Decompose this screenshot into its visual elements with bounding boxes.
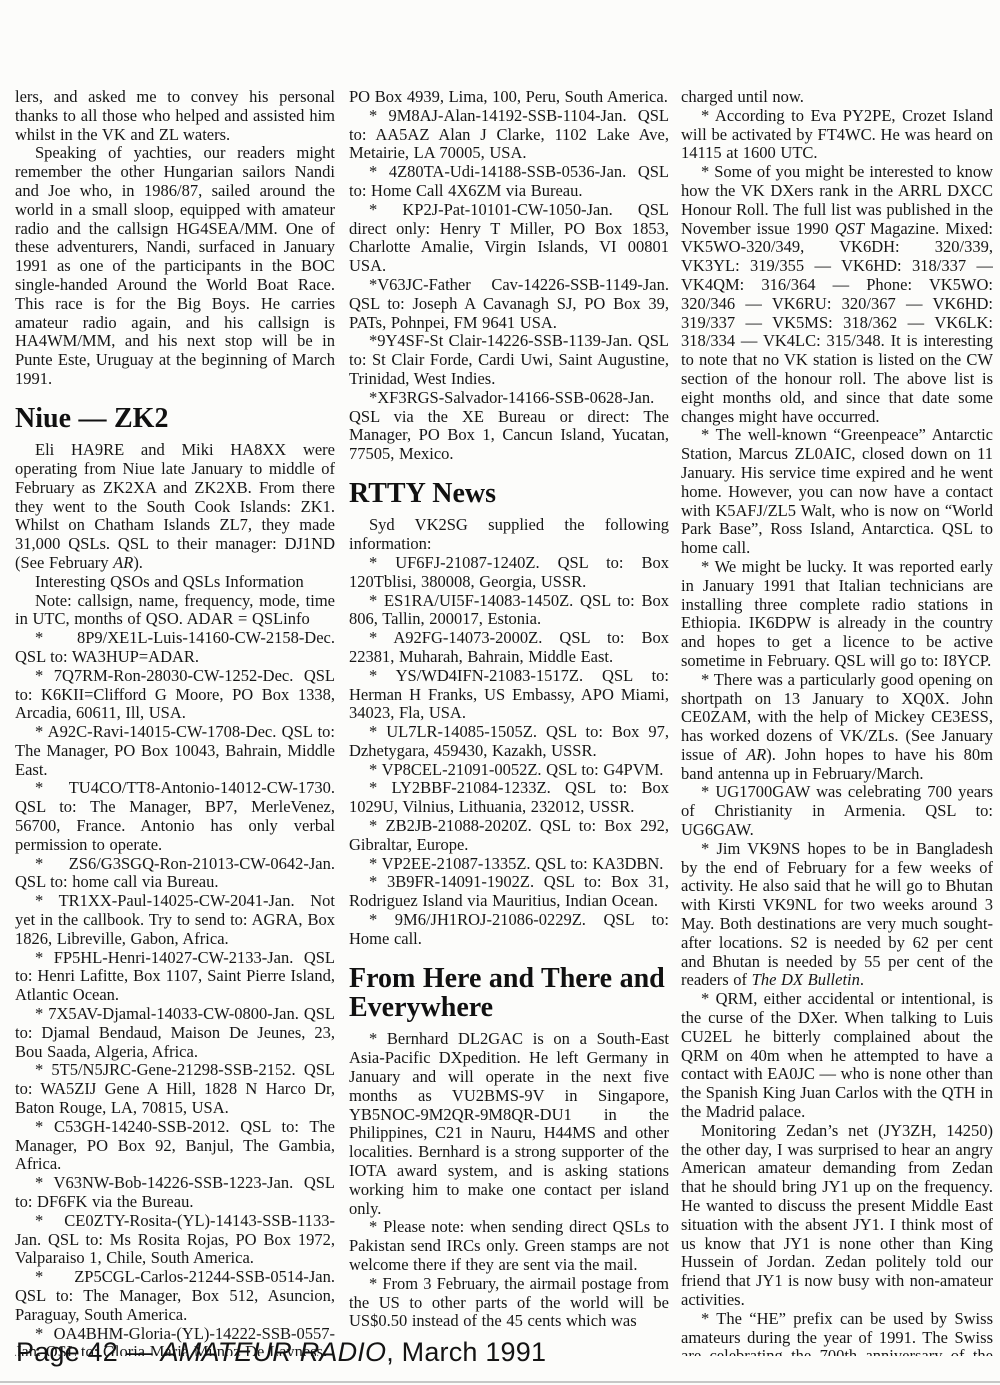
italic-text-run: AR xyxy=(746,745,766,764)
text-run: lers, and asked me to convey his persona… xyxy=(15,88,335,144)
text-run: Speaking of yachties, our readers might … xyxy=(15,143,335,388)
text-run: * Jim VK9NS hopes to be in Bangladesh by… xyxy=(681,839,993,990)
section-heading: From Here and There and Everywhere xyxy=(349,964,669,1023)
text-run: * QRM, either accidental or intentional,… xyxy=(681,989,993,1121)
text-run: * 8P9/XE1L-Luis-14160-CW-2158-Dec. QSL t… xyxy=(15,628,335,666)
page-footer: Page 42 — AMATEUR RADIO, March 1991 xyxy=(16,1337,546,1368)
text-run: * 5T5/N5JRC-Gene-21298-SSB-2152. QSL to:… xyxy=(15,1060,335,1117)
paragraph: Monitoring Zedan’s net (JY3ZH, 14250) th… xyxy=(681,1122,993,1310)
text-run: * We might be lucky. It was reported ear… xyxy=(681,557,993,670)
paragraph: * UL7LR-14085-1505Z. QSL to: Box 97, Dzh… xyxy=(349,723,669,761)
paragraph: * TR1XX-Paul-14025-CW-2041-Jan. Not yet … xyxy=(15,892,335,948)
paragraph: * UF6FJ-21087-1240Z. QSL to: Box 120Tbli… xyxy=(349,554,669,592)
paragraph: * A92C-Ravi-14015-CW-1708-Dec. QSL to: T… xyxy=(15,723,335,779)
text-run: * YS/WD4IFN-21083-1517Z. QSL to: Herman … xyxy=(349,666,669,723)
text-column-middle: PO Box 4939, Lima, 100, Peru, South Amer… xyxy=(349,88,669,1356)
text-run: * V63NW-Bob-14226-SSB-1223-Jan. QSL to: … xyxy=(15,1173,335,1211)
paragraph: * 8P9/XE1L-Luis-14160-CW-2158-Dec. QSL t… xyxy=(15,629,335,667)
text-run: *XF3RGS-Salvador-14166-SSB-0628-Jan. QSL… xyxy=(349,388,669,463)
paragraph: * The well-known “Greenpeace” Antarctic … xyxy=(681,426,993,558)
text-run: PO Box 4939, Lima, 100, Peru, South Amer… xyxy=(349,88,668,106)
text-run: ). xyxy=(133,553,143,572)
text-run: *9Y4SF-St Clair-14226-SSB-1139-Jan. QSL … xyxy=(349,331,669,388)
paragraph: * 3B9FR-14091-1902Z. QSL to: Box 31, Rod… xyxy=(349,873,669,911)
text-run: *V63JC-Father Cav-14226-SSB-1149-Jan. QS… xyxy=(349,275,669,332)
paragraph: * 7Q7RM-Ron-28030-CW-1252-Dec. QSL to: K… xyxy=(15,667,335,723)
text-run: * UF6FJ-21087-1240Z. QSL to: Box 120Tbli… xyxy=(349,553,669,591)
text-run: * According to Eva PY2PE, Crozet Island … xyxy=(681,106,993,163)
paragraph: * There was a particularly good opening … xyxy=(681,671,993,784)
text-run: * VP2EE-21087-1335Z. QSL to: KA3DBN. xyxy=(369,854,663,873)
text-run: * The well-known “Greenpeace” Antarctic … xyxy=(681,425,993,557)
paragraph: * Bernhard DL2GAC is on a South-East Asi… xyxy=(349,1030,669,1218)
paragraph: * VP2EE-21087-1335Z. QSL to: KA3DBN. xyxy=(349,855,669,874)
text-run: * 7X5AV-Djamal-14033-CW-0800-Jan. QSL to… xyxy=(15,1004,335,1061)
paragraph: * ZB2JB-21088-2020Z. QSL to: Box 292, Gi… xyxy=(349,817,669,855)
text-run: Interesting QSOs and QSLs Information xyxy=(35,572,304,591)
paragraph: * ZP5CGL-Carlos-21244-SSB-0514-Jan. QSL … xyxy=(15,1268,335,1324)
paragraph: lers, and asked me to convey his persona… xyxy=(15,88,335,144)
text-run: * ZB2JB-21088-2020Z. QSL to: Box 292, Gi… xyxy=(349,816,669,854)
italic-text-run: QST xyxy=(835,219,864,238)
text-run: * CE0ZTY-Rosita-(YL)-14143-SSB-1133-Jan.… xyxy=(15,1211,335,1268)
text-column-left: lers, and asked me to convey his persona… xyxy=(15,88,335,1356)
paragraph: Eli HA9RE and Miki HA8XX were operating … xyxy=(15,441,335,573)
text-run: * The “HE” prefix can be used by Swiss a… xyxy=(681,1309,993,1356)
paragraph: charged until now. xyxy=(681,88,993,107)
paragraph: * Jim VK9NS hopes to be in Bangladesh by… xyxy=(681,840,993,990)
paragraph: * Some of you might be interested to kno… xyxy=(681,163,993,426)
text-run: * Please note: when sending direct QSLs … xyxy=(349,1217,669,1274)
paragraph: * LY2BBF-21084-1233Z. QSL to: Box 1029U,… xyxy=(349,779,669,817)
paragraph: *9Y4SF-St Clair-14226-SSB-1139-Jan. QSL … xyxy=(349,332,669,388)
paragraph: * CE0ZTY-Rosita-(YL)-14143-SSB-1133-Jan.… xyxy=(15,1212,335,1268)
text-run: * A92C-Ravi-14015-CW-1708-Dec. QSL to: T… xyxy=(15,722,335,779)
paragraph: * The “HE” prefix can be used by Swiss a… xyxy=(681,1310,993,1356)
page-bottom-scan-line xyxy=(0,1381,1000,1383)
text-run: * UL7LR-14085-1505Z. QSL to: Box 97, Dzh… xyxy=(349,722,669,760)
text-run: * TR1XX-Paul-14025-CW-2041-Jan. Not yet … xyxy=(15,891,335,948)
text-run: * KP2J-Pat-10101-CW-1050-Jan. QSL direct… xyxy=(349,200,669,275)
paragraph: * QRM, either accidental or intentional,… xyxy=(681,990,993,1122)
text-run: * C53GH-14240-SSB-2012. QSL to: The Mana… xyxy=(15,1117,335,1174)
text-run: * 4Z80TA-Udi-14188-SSB-0536-Jan. QSL to:… xyxy=(349,162,669,200)
paragraph: * 7X5AV-Djamal-14033-CW-0800-Jan. QSL to… xyxy=(15,1005,335,1061)
paragraph: * 5T5/N5JRC-Gene-21298-SSB-2152. QSL to:… xyxy=(15,1061,335,1117)
text-run: . xyxy=(860,970,864,989)
paragraph: *XF3RGS-Salvador-14166-SSB-0628-Jan. QSL… xyxy=(349,389,669,464)
paragraph: * ZS6/G3SGQ-Ron-21013-CW-0642-Jan. QSL t… xyxy=(15,855,335,893)
text-run: * 7Q7RM-Ron-28030-CW-1252-Dec. QSL to: K… xyxy=(15,666,335,723)
paragraph: Syd VK2SG supplied the following informa… xyxy=(349,516,669,554)
text-run: charged until now. xyxy=(681,88,804,106)
paragraph: * Please note: when sending direct QSLs … xyxy=(349,1218,669,1274)
text-run: * 3B9FR-14091-1902Z. QSL to: Box 31, Rod… xyxy=(349,872,669,910)
text-run: Monitoring Zedan’s net (JY3ZH, 14250) th… xyxy=(681,1121,993,1309)
text-run: Note: callsign, name, frequency, mode, t… xyxy=(15,591,335,629)
text-run: * From 3 February, the airmail postage f… xyxy=(349,1274,669,1331)
section-heading: RTTY News xyxy=(349,479,669,508)
text-run: * UG1700GAW was celebrating 700 years of… xyxy=(681,782,993,839)
text-run: * ZS6/G3SGQ-Ron-21013-CW-0642-Jan. QSL t… xyxy=(15,854,335,892)
paragraph: * VP8CEL-21091-0052Z. QSL to: G4PVM. xyxy=(349,761,669,780)
text-run: * 9M6/JH1ROJ-21086-0229Z. QSL to: Home c… xyxy=(349,910,669,948)
text-run: * FP5HL-Henri-14027-CW-2133-Jan. QSL to:… xyxy=(15,948,335,1005)
paragraph: PO Box 4939, Lima, 100, Peru, South Amer… xyxy=(349,88,669,107)
paragraph: * 9M6/JH1ROJ-21086-0229Z. QSL to: Home c… xyxy=(349,911,669,949)
footer-page-label: Page 42 — xyxy=(16,1337,161,1367)
paragraph: * V63NW-Bob-14226-SSB-1223-Jan. QSL to: … xyxy=(15,1174,335,1212)
text-run: Magazine. Mixed: VK5WO-320/349, VK6DH: 3… xyxy=(681,219,993,426)
paragraph: * According to Eva PY2PE, Crozet Island … xyxy=(681,107,993,163)
section-heading: Niue — ZK2 xyxy=(15,404,335,433)
footer-magazine-title: AMATEUR RADIO xyxy=(161,1337,387,1367)
text-run: Eli HA9RE and Miki HA8XX were operating … xyxy=(15,440,335,572)
paragraph: * 9M8AJ-Alan-14192-SSB-1104-Jan. QSL to:… xyxy=(349,107,669,163)
text-run: * Bernhard DL2GAC is on a South-East Asi… xyxy=(349,1029,669,1217)
text-run: * ES1RA/UI5F-14083-1450Z. QSL to: Box 80… xyxy=(349,591,669,629)
paragraph: * FP5HL-Henri-14027-CW-2133-Jan. QSL to:… xyxy=(15,949,335,1005)
paragraph: * KP2J-Pat-10101-CW-1050-Jan. QSL direct… xyxy=(349,201,669,276)
paragraph: *V63JC-Father Cav-14226-SSB-1149-Jan. QS… xyxy=(349,276,669,332)
text-run: * VP8CEL-21091-0052Z. QSL to: G4PVM. xyxy=(369,760,663,779)
paragraph: Note: callsign, name, frequency, mode, t… xyxy=(15,592,335,630)
text-run: Syd VK2SG supplied the following informa… xyxy=(349,515,669,553)
paragraph: * C53GH-14240-SSB-2012. QSL to: The Mana… xyxy=(15,1118,335,1174)
paragraph: * TU4CO/TT8-Antonio-14012-CW-1730. QSL t… xyxy=(15,779,335,854)
paragraph: * UG1700GAW was celebrating 700 years of… xyxy=(681,783,993,839)
paragraph: Interesting QSOs and QSLs Information xyxy=(15,573,335,592)
text-run: * 9M8AJ-Alan-14192-SSB-1104-Jan. QSL to:… xyxy=(349,106,669,163)
paragraph: * A92FG-14073-2000Z. QSL to: Box 22381, … xyxy=(349,629,669,667)
italic-text-run: AR xyxy=(113,553,133,572)
paragraph: * From 3 February, the airmail postage f… xyxy=(349,1275,669,1331)
text-run: * LY2BBF-21084-1233Z. QSL to: Box 1029U,… xyxy=(349,778,669,816)
footer-issue: , March 1991 xyxy=(386,1337,546,1367)
paragraph: Speaking of yachties, our readers might … xyxy=(15,144,335,388)
text-column-right: charged until now.* According to Eva PY2… xyxy=(681,88,993,1356)
magazine-page: lers, and asked me to convey his persona… xyxy=(0,0,1000,1385)
paragraph: * 4Z80TA-Udi-14188-SSB-0536-Jan. QSL to:… xyxy=(349,163,669,201)
text-run: * ZP5CGL-Carlos-21244-SSB-0514-Jan. QSL … xyxy=(15,1267,335,1324)
text-run: * A92FG-14073-2000Z. QSL to: Box 22381, … xyxy=(349,628,669,666)
italic-text-run: The DX Bulletin xyxy=(752,970,860,989)
paragraph: * We might be lucky. It was reported ear… xyxy=(681,558,993,671)
text-run: * TU4CO/TT8-Antonio-14012-CW-1730. QSL t… xyxy=(15,778,335,853)
paragraph: * YS/WD4IFN-21083-1517Z. QSL to: Herman … xyxy=(349,667,669,723)
paragraph: * ES1RA/UI5F-14083-1450Z. QSL to: Box 80… xyxy=(349,592,669,630)
